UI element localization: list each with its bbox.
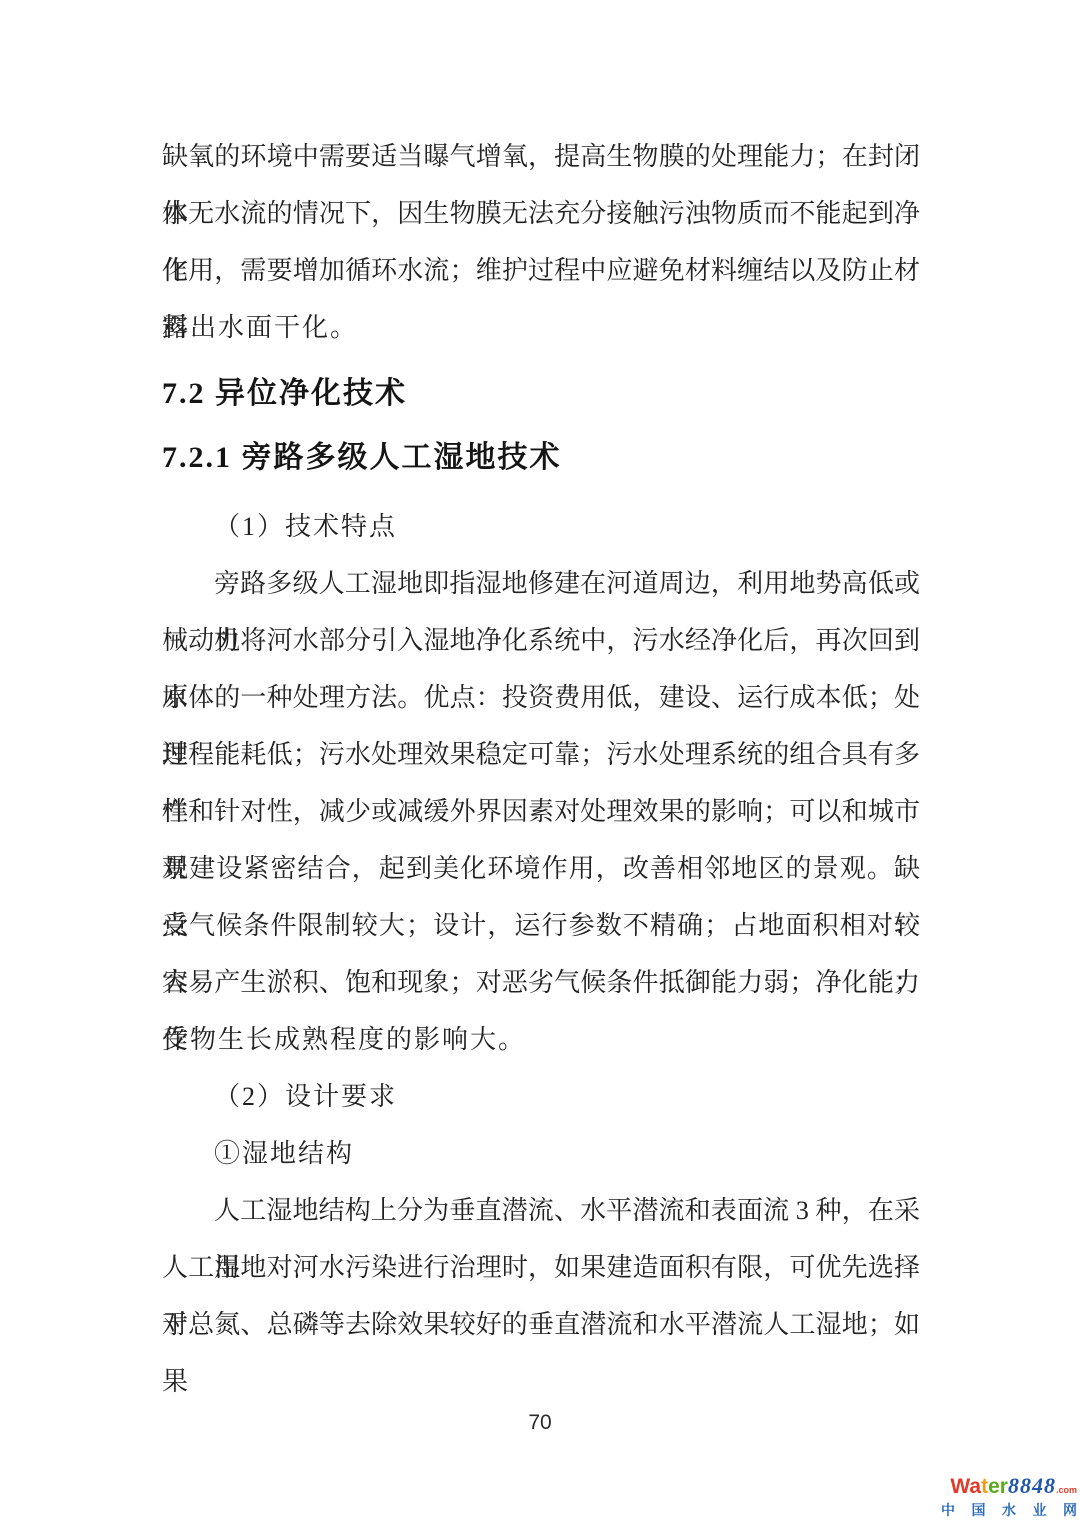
- body-line: 性和针对性，减少或减缓外界因素对处理效果的影响；可以和城市景: [162, 783, 920, 840]
- page-content: 缺氧的环境中需要适当曝气增氧，提高生物膜的处理能力；在封闭水 体无水流的情况下，…: [162, 128, 920, 1353]
- body-line: 体无水流的情况下，因生物膜无法充分接触污浊物质而不能起到净化: [162, 185, 920, 242]
- body-line: 旁路多级人工湿地即指湿地修建在河道周边，利用地势高低或机: [162, 555, 920, 612]
- list-item-2-heading: （2）设计要求: [162, 1068, 920, 1125]
- body-line: 作物生长成熟程度的影响大。: [162, 1011, 920, 1068]
- body-line: 观建设紧密结合，起到美化环境作用，改善相邻地区的景观。缺点：: [162, 840, 920, 897]
- page-number: 70: [0, 1408, 1080, 1438]
- body-line: 缺氧的环境中需要适当曝气增氧，提高生物膜的处理能力；在封闭水: [162, 128, 920, 185]
- subsection-heading-7-2-1: 7.2.1 旁路多级人工湿地技术: [162, 426, 920, 490]
- brand-number-8848: 8848: [1008, 1473, 1056, 1499]
- list-item-1-heading: （1）技术特点: [162, 498, 920, 555]
- body-line: 容易产生淤积、饱和现象；对恶劣气候条件抵御能力弱；净化能力受: [162, 954, 920, 1011]
- list-item-circled-1-heading: ①湿地结构: [162, 1125, 920, 1182]
- section-heading-7-2: 7.2 异位净化技术: [162, 362, 920, 426]
- body-line: 人工湿地对河水污染进行治理时，如果建造面积有限，可优先选择对: [162, 1239, 920, 1296]
- body-line: 露出水面干化。: [162, 299, 920, 356]
- watermark-logo: Wa t er 8848 .com 中国水业网: [941, 1473, 1077, 1520]
- brand-letter-t: t: [981, 1475, 988, 1499]
- body-line: 水体的一种处理方法。优点：投资费用低，建设、运行成本低；处理: [162, 669, 920, 726]
- brand-letters-wa: Wa: [950, 1475, 981, 1499]
- body-line: 人工湿地结构上分为垂直潜流、水平潜流和表面流 3 种，在采用: [162, 1182, 920, 1239]
- watermark-subtitle: 中国水业网: [941, 1500, 1077, 1520]
- document-page: 缺氧的环境中需要适当曝气增氧，提高生物膜的处理能力；在封闭水 体无水流的情况下，…: [0, 0, 1080, 1527]
- body-line: 过程能耗低；污水处理效果稳定可靠；污水处理系统的组合具有多样: [162, 726, 920, 783]
- watermark-brand-text: Wa t er 8848 .com: [941, 1473, 1077, 1499]
- body-line: 受气候条件限制较大；设计，运行参数不精确；占地面积相对较大；: [162, 897, 920, 954]
- body-line: 于总氮、总磷等去除效果较好的垂直潜流和水平潜流人工湿地；如果: [162, 1296, 920, 1353]
- body-line: 作用，需要增加循环水流；维护过程中应避免材料缠结以及防止材料: [162, 242, 920, 299]
- brand-com-suffix: .com: [1056, 1485, 1077, 1495]
- brand-letters-er: er: [988, 1475, 1008, 1499]
- body-line: 械动力将河水部分引入湿地净化系统中，污水经净化后，再次回到原: [162, 612, 920, 669]
